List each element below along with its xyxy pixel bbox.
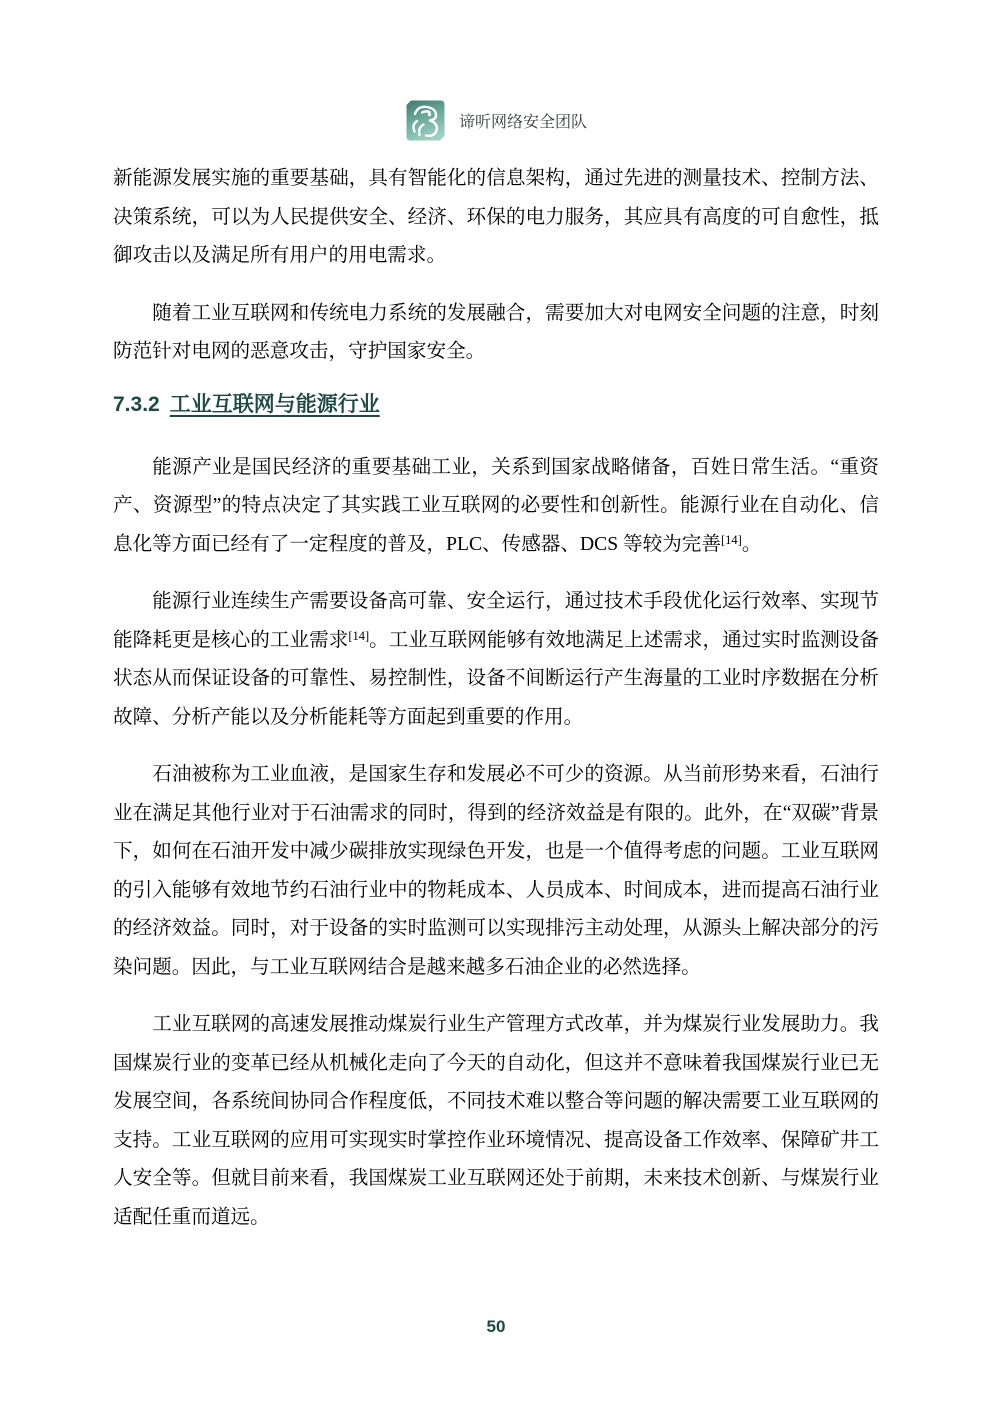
- page-footer: 50: [0, 1317, 992, 1337]
- citation-ref: [14]: [721, 533, 742, 547]
- section-heading: 7.3.2工业互联网与能源行业: [113, 391, 879, 419]
- header-logo: 谛听网络安全团队: [0, 99, 992, 142]
- paragraph: 工业互联网的高速发展推动煤炭行业生产管理方式改革，并为煤炭行业发展助力。我国煤炭…: [113, 1006, 879, 1237]
- section-title: 工业互联网与能源行业: [170, 393, 380, 416]
- paragraph: 能源行业连续生产需要设备高可靠、安全运行，通过技术手段优化运行效率、实现节能降耗…: [113, 583, 879, 737]
- paragraph: 新能源发展实施的重要基础，具有智能化的信息架构，通过先进的测量技术、控制方法、决…: [113, 160, 879, 276]
- document-page: 谛听网络安全团队 新能源发展实施的重要基础，具有智能化的信息架构，通过先进的测量…: [0, 0, 992, 1403]
- paragraph: 石油被称为工业血液，是国家生存和发展必不可少的资源。从当前形势来看，石油行业在满…: [113, 756, 879, 987]
- paragraph: 随着工业互联网和传统电力系统的发展融合，需要加大对电网安全问题的注意，时刻防范针…: [113, 295, 879, 372]
- paragraph: 能源产业是国民经济的重要基础工业，关系到国家战略储备，百姓日常生活。“重资产、资…: [113, 449, 879, 565]
- diting-seal-icon: [405, 99, 446, 142]
- paragraph-text: 。: [742, 534, 762, 555]
- section-number: 7.3.2: [113, 393, 160, 416]
- paragraph-text: 能源产业是国民经济的重要基础工业，关系到国家战略储备，百姓日常生活。“重资产、资…: [113, 457, 879, 555]
- document-body: 新能源发展实施的重要基础，具有智能化的信息架构，通过先进的测量技术、控制方法、决…: [113, 160, 879, 1256]
- citation-ref: [14]: [348, 629, 369, 643]
- page-number: 50: [487, 1317, 506, 1336]
- team-name: 谛听网络安全团队: [459, 109, 587, 132]
